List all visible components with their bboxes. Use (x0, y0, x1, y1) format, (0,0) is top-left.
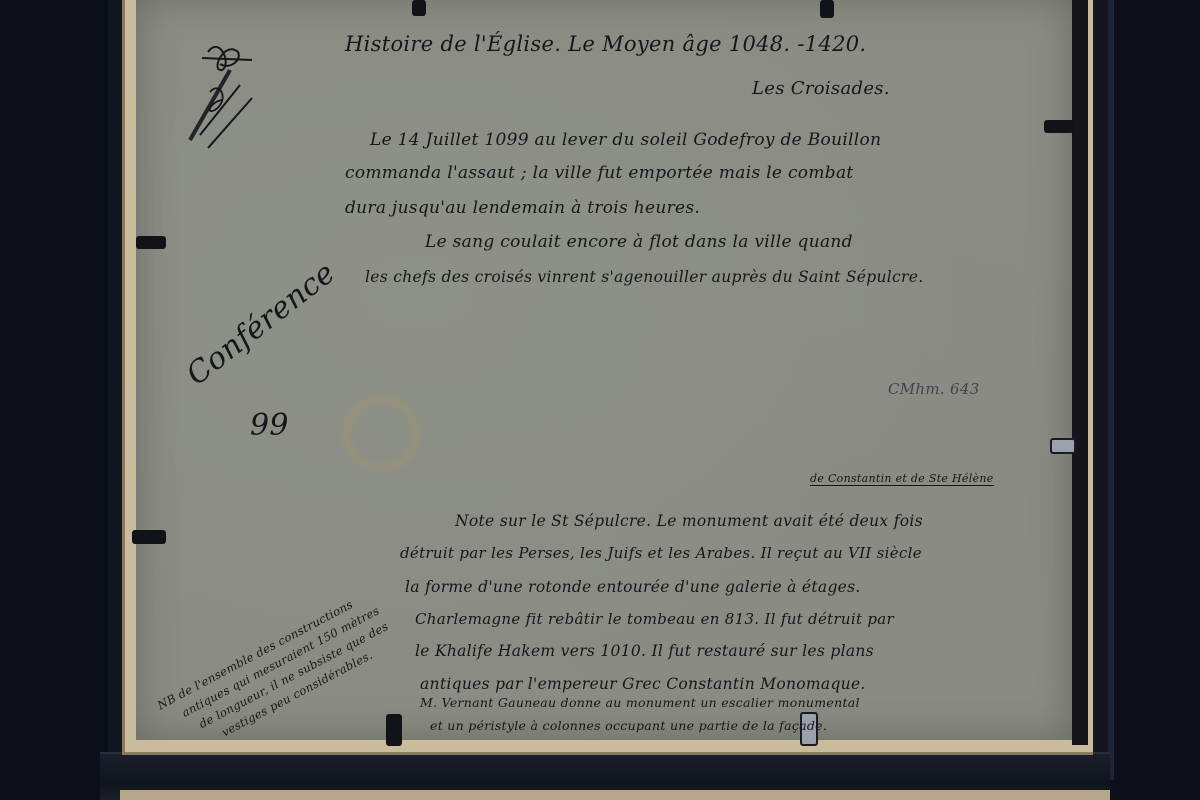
clip-right-1 (1044, 120, 1074, 133)
pencil-catalog-note: CMhm. 643 (888, 380, 980, 398)
clip-bottom-1 (386, 714, 402, 746)
note-line-7: M. Vernant Gauneau donne au monument un … (420, 695, 860, 710)
paragraph-1-line-5: les chefs des croisés vinrent s'agenouil… (365, 268, 923, 286)
document-title: Histoire de l'Église. Le Moyen âge 1048.… (345, 32, 866, 56)
clip-right-2 (1050, 438, 1076, 454)
note-insertion: de Constantin et de Ste Hélène (810, 472, 994, 486)
frame-bottom-strip (120, 790, 1110, 800)
paragraph-1-line-3: dura jusqu'au lendemain à trois heures. (345, 198, 700, 218)
note-line-6: antiques par l'empereur Grec Constantin … (420, 675, 866, 693)
crossed-out-numeral-icon (180, 30, 270, 150)
note-line-1: Note sur le St Sépulcre. Le monument ava… (455, 512, 923, 530)
document-subtitle: Les Croisades. (752, 78, 890, 99)
circular-stain (340, 395, 422, 473)
clip-left-2 (132, 530, 166, 544)
note-line-8: et un péristyle à colonnes occupant une … (430, 718, 827, 733)
clip-top-2 (820, 0, 834, 18)
clip-left-1 (136, 236, 166, 249)
paragraph-1-line-4: Le sang coulait encore à flot dans la vi… (425, 232, 853, 252)
note-line-3: la forme d'une rotonde entourée d'une ga… (405, 578, 861, 596)
manuscript-paper (136, 0, 1072, 740)
right-dark-edge (1072, 0, 1088, 745)
paragraph-1-line-1: Le 14 Juillet 1099 au lever du soleil Go… (370, 130, 881, 150)
clip-top-1 (412, 0, 426, 16)
note-line-5: le Khalife Hakem vers 1010. Il fut resta… (415, 642, 874, 660)
paragraph-1-line-2: commanda l'assaut ; la ville fut emporté… (345, 163, 854, 183)
conference-number: 99 (250, 408, 289, 443)
note-line-4: Charlemagne fit rebâtir le tombeau en 81… (415, 610, 894, 628)
note-line-2: détruit par les Perses, les Juifs et les… (400, 544, 922, 562)
